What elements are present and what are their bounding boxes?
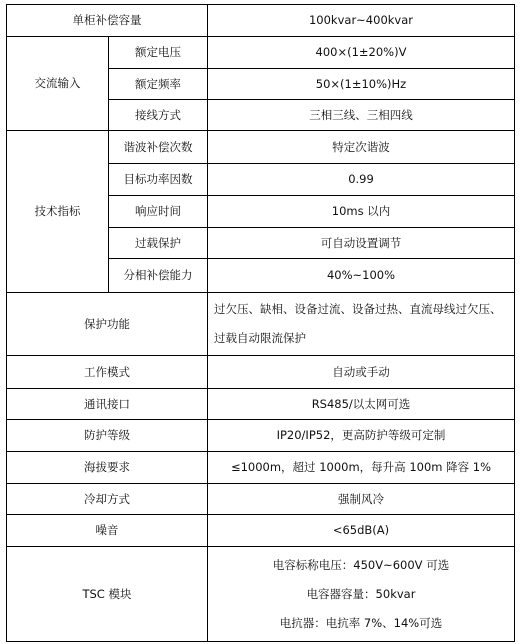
row-value: 10ms 以内 [208, 196, 515, 228]
row-label: 工作模式 [7, 356, 208, 389]
row-label: 谐波补偿次数 [109, 131, 208, 164]
table-row: 通讯接口 RS485/以太网可选 [7, 389, 515, 420]
group-label: 交流输入 [7, 37, 109, 131]
row-label: 接线方式 [109, 100, 208, 131]
row-value: 40%~100% [208, 259, 515, 293]
row-value: 自动或手动 [208, 356, 515, 389]
row-label: TSC 模块 [7, 547, 208, 642]
row-label: 额定电压 [109, 37, 208, 69]
table-row: 工作模式 自动或手动 [7, 356, 515, 389]
row-label: 响应时间 [109, 196, 208, 228]
value-line: 电容器容量：50kvar [208, 580, 514, 609]
row-label: 额定频率 [109, 69, 208, 100]
row-label: 噪音 [7, 515, 208, 547]
row-value: 100kvar~400kvar [208, 5, 515, 37]
row-label: 保护功能 [7, 293, 208, 356]
table-row: 冷却方式 强制风冷 [7, 484, 515, 515]
row-value: 强制风冷 [208, 484, 515, 515]
row-label: 过载保护 [109, 228, 208, 259]
row-value: 过欠压、缺相、设备过流、设备过热、直流母线过欠压、 过载自动限流保护 [208, 293, 515, 356]
row-label: 防护等级 [7, 420, 208, 452]
table-row: 单柜补偿容量 100kvar~400kvar [7, 5, 515, 37]
table-row: 保护功能 过欠压、缺相、设备过流、设备过热、直流母线过欠压、 过载自动限流保护 [7, 293, 515, 356]
row-label: 单柜补偿容量 [7, 5, 208, 37]
row-label: 分相补偿能力 [109, 259, 208, 293]
value-line: 电抗器：电抗率 7%、14%可选 [208, 609, 514, 638]
group-label: 技术指标 [7, 131, 109, 293]
table-row: 噪音 <65dB(A) [7, 515, 515, 547]
row-value: 50×(1±10%)Hz [208, 69, 515, 100]
value-line: 过载自动限流保护 [214, 324, 514, 353]
row-value: 特定次谐波 [208, 131, 515, 164]
row-value: ≤1000m，超过 1000m，每升高 100m 降容 1% [208, 452, 515, 484]
spec-table: 单柜补偿容量 100kvar~400kvar 交流输入 额定电压 400×(1±… [6, 4, 515, 642]
table-row: 交流输入 额定电压 400×(1±20%)V [7, 37, 515, 69]
row-value: 400×(1±20%)V [208, 37, 515, 69]
row-value: <65dB(A) [208, 515, 515, 547]
table-row: 技术指标 谐波补偿次数 特定次谐波 [7, 131, 515, 164]
value-line: 过欠压、缺相、设备过流、设备过热、直流母线过欠压、 [214, 295, 514, 324]
value-line: 电容标称电压：450V~600V 可选 [208, 551, 514, 580]
table-row: 防护等级 IP20/IP52，更高防护等级可定制 [7, 420, 515, 452]
row-value: IP20/IP52，更高防护等级可定制 [208, 420, 515, 452]
row-value: 电容标称电压：450V~600V 可选 电容器容量：50kvar 电抗器：电抗率… [208, 547, 515, 642]
row-value: 可自动设置调节 [208, 228, 515, 259]
row-label: 海拔要求 [7, 452, 208, 484]
table-row: TSC 模块 电容标称电压：450V~600V 可选 电容器容量：50kvar … [7, 547, 515, 642]
row-label: 目标功率因数 [109, 164, 208, 196]
row-label: 通讯接口 [7, 389, 208, 420]
row-value: RS485/以太网可选 [208, 389, 515, 420]
row-value: 0.99 [208, 164, 515, 196]
table-row: 海拔要求 ≤1000m，超过 1000m，每升高 100m 降容 1% [7, 452, 515, 484]
row-label: 冷却方式 [7, 484, 208, 515]
row-value: 三相三线、三相四线 [208, 100, 515, 131]
